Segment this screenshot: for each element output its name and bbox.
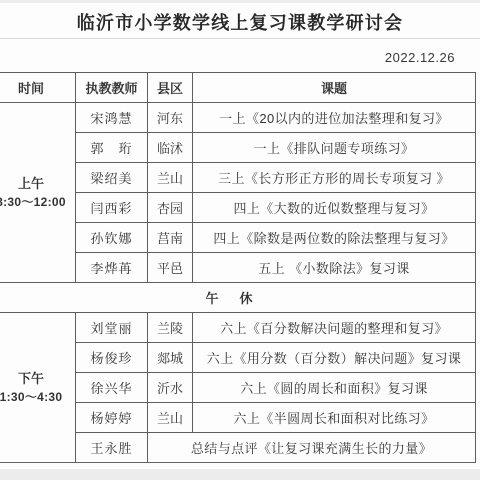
- closing-topic-cell: 总结与点评《让复习课充满生长的力量》: [148, 433, 476, 463]
- page-title: 临沂市小学数学线上复习课教学研讨会: [0, 9, 480, 35]
- teacher-cell: 郭 珩: [76, 133, 148, 163]
- afternoon-time-range: 1:30～4:30: [0, 388, 75, 406]
- district-cell: 莒南: [148, 223, 193, 253]
- topic-cell: 四上《大数的近似数整理与复习》: [193, 193, 476, 223]
- topic-cell: 五上 《小数除法》复习课: [193, 253, 476, 283]
- schedule-table: 时间 执教教师 县区 课题 上午 8:30～12:00 宋鸿慧 河东 一上《20…: [0, 72, 476, 463]
- morning-time-cell: 上午 8:30～12:00: [0, 103, 76, 283]
- teacher-cell: 孙钦娜: [76, 223, 148, 253]
- title-divider: [0, 38, 480, 39]
- afternoon-time-label: 下午: [0, 369, 75, 389]
- header-time: 时间: [0, 73, 76, 103]
- district-cell: 河东: [148, 103, 193, 133]
- header-topic: 课题: [193, 73, 476, 103]
- date-label: 2022.12.26: [385, 50, 455, 65]
- teacher-cell: 李烨苒: [76, 253, 148, 283]
- table-row: 上午 8:30～12:00 宋鸿慧 河东 一上《20以内的进位加法整理和复习》: [0, 103, 476, 133]
- district-cell: 平邑: [148, 253, 193, 283]
- topic-cell: 六上《半圆周长和面积对比练习》: [193, 403, 476, 433]
- district-cell: 沂水: [148, 373, 193, 403]
- topic-cell: 三上《长方形正方形的周长专项复习 》: [193, 163, 476, 193]
- photo-edge-top: [0, 0, 480, 3]
- afternoon-time-cell: 下午 1:30～4:30: [0, 313, 76, 463]
- district-cell: 兰山: [148, 163, 193, 193]
- teacher-cell: 梁绍美: [76, 163, 148, 193]
- topic-cell: 六上《圆的周长和面积》复习课: [193, 373, 476, 403]
- header-teacher: 执教教师: [76, 73, 148, 103]
- topic-cell: 一上《20以内的进位加法整理和复习》: [193, 103, 476, 133]
- teacher-cell: 闫西彩: [76, 193, 148, 223]
- header-row: 时间 执教教师 县区 课题: [0, 73, 476, 103]
- schedule-document: 临沂市小学数学线上复习课教学研讨会 2022.12.26 时间 执教教师 县区 …: [0, 0, 480, 480]
- table-row: 下午 1:30～4:30 刘堂丽 兰陵 六上《百分数解决问题的整理和复习》: [0, 313, 476, 343]
- teacher-cell: 宋鸿慧: [76, 103, 148, 133]
- teacher-cell: 刘堂丽: [76, 313, 148, 343]
- morning-time-label: 上午: [0, 174, 75, 194]
- break-row: 午 休: [0, 283, 476, 313]
- teacher-cell: 杨俊珍: [76, 343, 148, 373]
- topic-cell: 六上《百分数解决问题的整理和复习》: [193, 313, 476, 343]
- header-district: 县区: [148, 73, 193, 103]
- district-cell: 郯城: [148, 343, 193, 373]
- topic-cell: 一上《排队问题专项练习》: [193, 133, 476, 163]
- teacher-cell: 王永胜: [76, 433, 148, 463]
- district-cell: 兰陵: [148, 313, 193, 343]
- photo-edge-bottom: [0, 469, 480, 480]
- district-cell: 兰山: [148, 403, 193, 433]
- teacher-cell: 杨婷婷: [76, 403, 148, 433]
- morning-time-range: 8:30～12:00: [0, 193, 75, 211]
- district-cell: 杏园: [148, 193, 193, 223]
- topic-cell: 六上《用分数（百分数）解决问题》复习课: [193, 343, 476, 373]
- teacher-cell: 徐兴华: [76, 373, 148, 403]
- topic-cell: 四上《除数是两位数的除法整理与复习》: [193, 223, 476, 253]
- break-cell: 午 休: [0, 283, 476, 313]
- district-cell: 临沭: [148, 133, 193, 163]
